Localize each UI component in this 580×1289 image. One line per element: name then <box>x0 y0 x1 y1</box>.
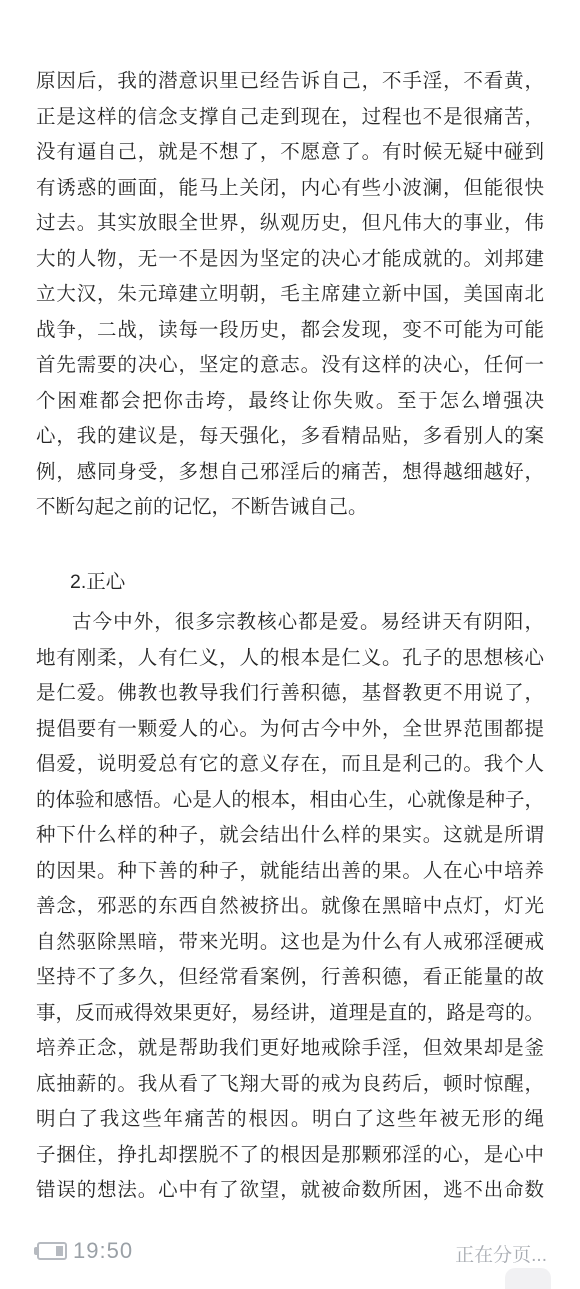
text-line: 有诱惑的画面，能马上关闭，内心有些小波澜，但能很快 <box>36 171 544 207</box>
text-line: 倡爱，说明爱总有它的意义存在，而且是利己的。我个人 <box>36 747 544 783</box>
text-line: 个困难都会把你击垮，最终让你失败。至于怎么增强决 <box>36 384 544 420</box>
text-line: 坚持不了多久，但经常看案例，行善积德，看正能量的故 <box>36 960 544 996</box>
text-line: 心，我的建议是，每天强化，多看精品贴，多看别人的案 <box>36 419 544 455</box>
text-line: 不断勾起之前的记忆，不断告诫自己。 <box>36 490 544 526</box>
text-line: 子捆住，挣扎却摆脱不了的根因是那颗邪淫的心，是心中 <box>36 1138 544 1174</box>
text-line: 立大汉，朱元璋建立明朝，毛主席建立新中国，美国南北 <box>36 277 544 313</box>
text-line: 错误的想法。心中有了欲望，就被命数所困，逃不出命数 <box>36 1173 544 1209</box>
battery-nub <box>34 1247 37 1255</box>
text-line: 培养正念，就是帮助我们更好地戒除手淫，但效果却是釜 <box>36 1031 544 1067</box>
paragraph-decision: 原因后，我的潜意识里已经告诉自己，不手淫，不看黄， 正是这样的信念支撑自己走到现… <box>36 64 544 526</box>
text-line: 正是这样的信念支撑自己走到现在，过程也不是很痛苦， <box>36 100 544 136</box>
section-heading: 2.正心 <box>36 565 544 601</box>
battery-charge-level <box>56 1246 63 1256</box>
text-line: 地有刚柔，人有仁义，人的根本是仁义。孔子的思想核心 <box>36 641 544 677</box>
text-line: 善念，邪恶的东西自然被挤出。就像在黑暗中点灯，灯光 <box>36 889 544 925</box>
paragraph-right-heart: 古今中外，很多宗教核心都是爱。易经讲天有阴阳， 地有刚柔，人有仁义，人的根本是仁… <box>36 605 544 1209</box>
corner-float-button[interactable] <box>505 1268 551 1289</box>
text-line: 底抽薪的。我从看了飞翔大哥的戒为良药后，顿时惊醒， <box>36 1067 544 1103</box>
text-line: 是仁爱。佛教也教导我们行善积德，基督教更不用说了， <box>36 676 544 712</box>
text-line: 自然驱除黑暗，带来光明。这也是为什么有人戒邪淫硬戒 <box>36 925 544 961</box>
battery-icon <box>37 1242 67 1260</box>
text-line: 原因后，我的潜意识里已经告诉自己，不手淫，不看黄， <box>36 64 544 100</box>
text-line: 大的人物，无一不是因为坚定的决心才能成就的。刘邦建 <box>36 242 544 278</box>
text-line: 没有逼自己，就是不想了，不愿意了。有时候无疑中碰到 <box>36 135 544 171</box>
text-line: 的体验和感悟。心是人的根本，相由心生，心就像是种子， <box>36 783 544 819</box>
text-line: 古今中外，很多宗教核心都是爱。易经讲天有阴阳， <box>36 605 544 641</box>
text-line: 过去。其实放眼全世界，纵观历史，但凡伟大的事业，伟 <box>36 206 544 242</box>
text-line: 明白了我这些年痛苦的根因。明白了这些年被无形的绳 <box>36 1102 544 1138</box>
text-line: 事，反而戒得效果更好，易经讲，道理是直的，路是弯的。 <box>36 996 544 1032</box>
text-line: 首先需要的决心，坚定的意志。没有这样的决心，任何一 <box>36 348 544 384</box>
reading-text-area[interactable]: 原因后，我的潜意识里已经告诉自己，不手淫，不看黄， 正是这样的信念支撑自己走到现… <box>36 64 544 1209</box>
pagination-status: 正在分页... <box>455 1240 547 1267</box>
text-line: 的因果。种下善的种子，就能结出善的果。人在心中培养 <box>36 854 544 890</box>
reader-page[interactable]: 原因后，我的潜意识里已经告诉自己，不手淫，不看黄， 正是这样的信念支撑自己走到现… <box>0 0 580 1289</box>
text-line: 提倡要有一颗爱人的心。为何古今中外，全世界范围都提 <box>36 712 544 748</box>
text-line: 种下什么样的种子，就会结出什么样的果实。这就是所谓 <box>36 818 544 854</box>
text-line: 战争，二战，读每一段历史，都会发现，变不可能为可能 <box>36 313 544 349</box>
clock-time: 19:50 <box>73 1238 133 1264</box>
text-line: 例，感同身受，多想自己邪淫后的痛苦，想得越细越好， <box>36 455 544 491</box>
